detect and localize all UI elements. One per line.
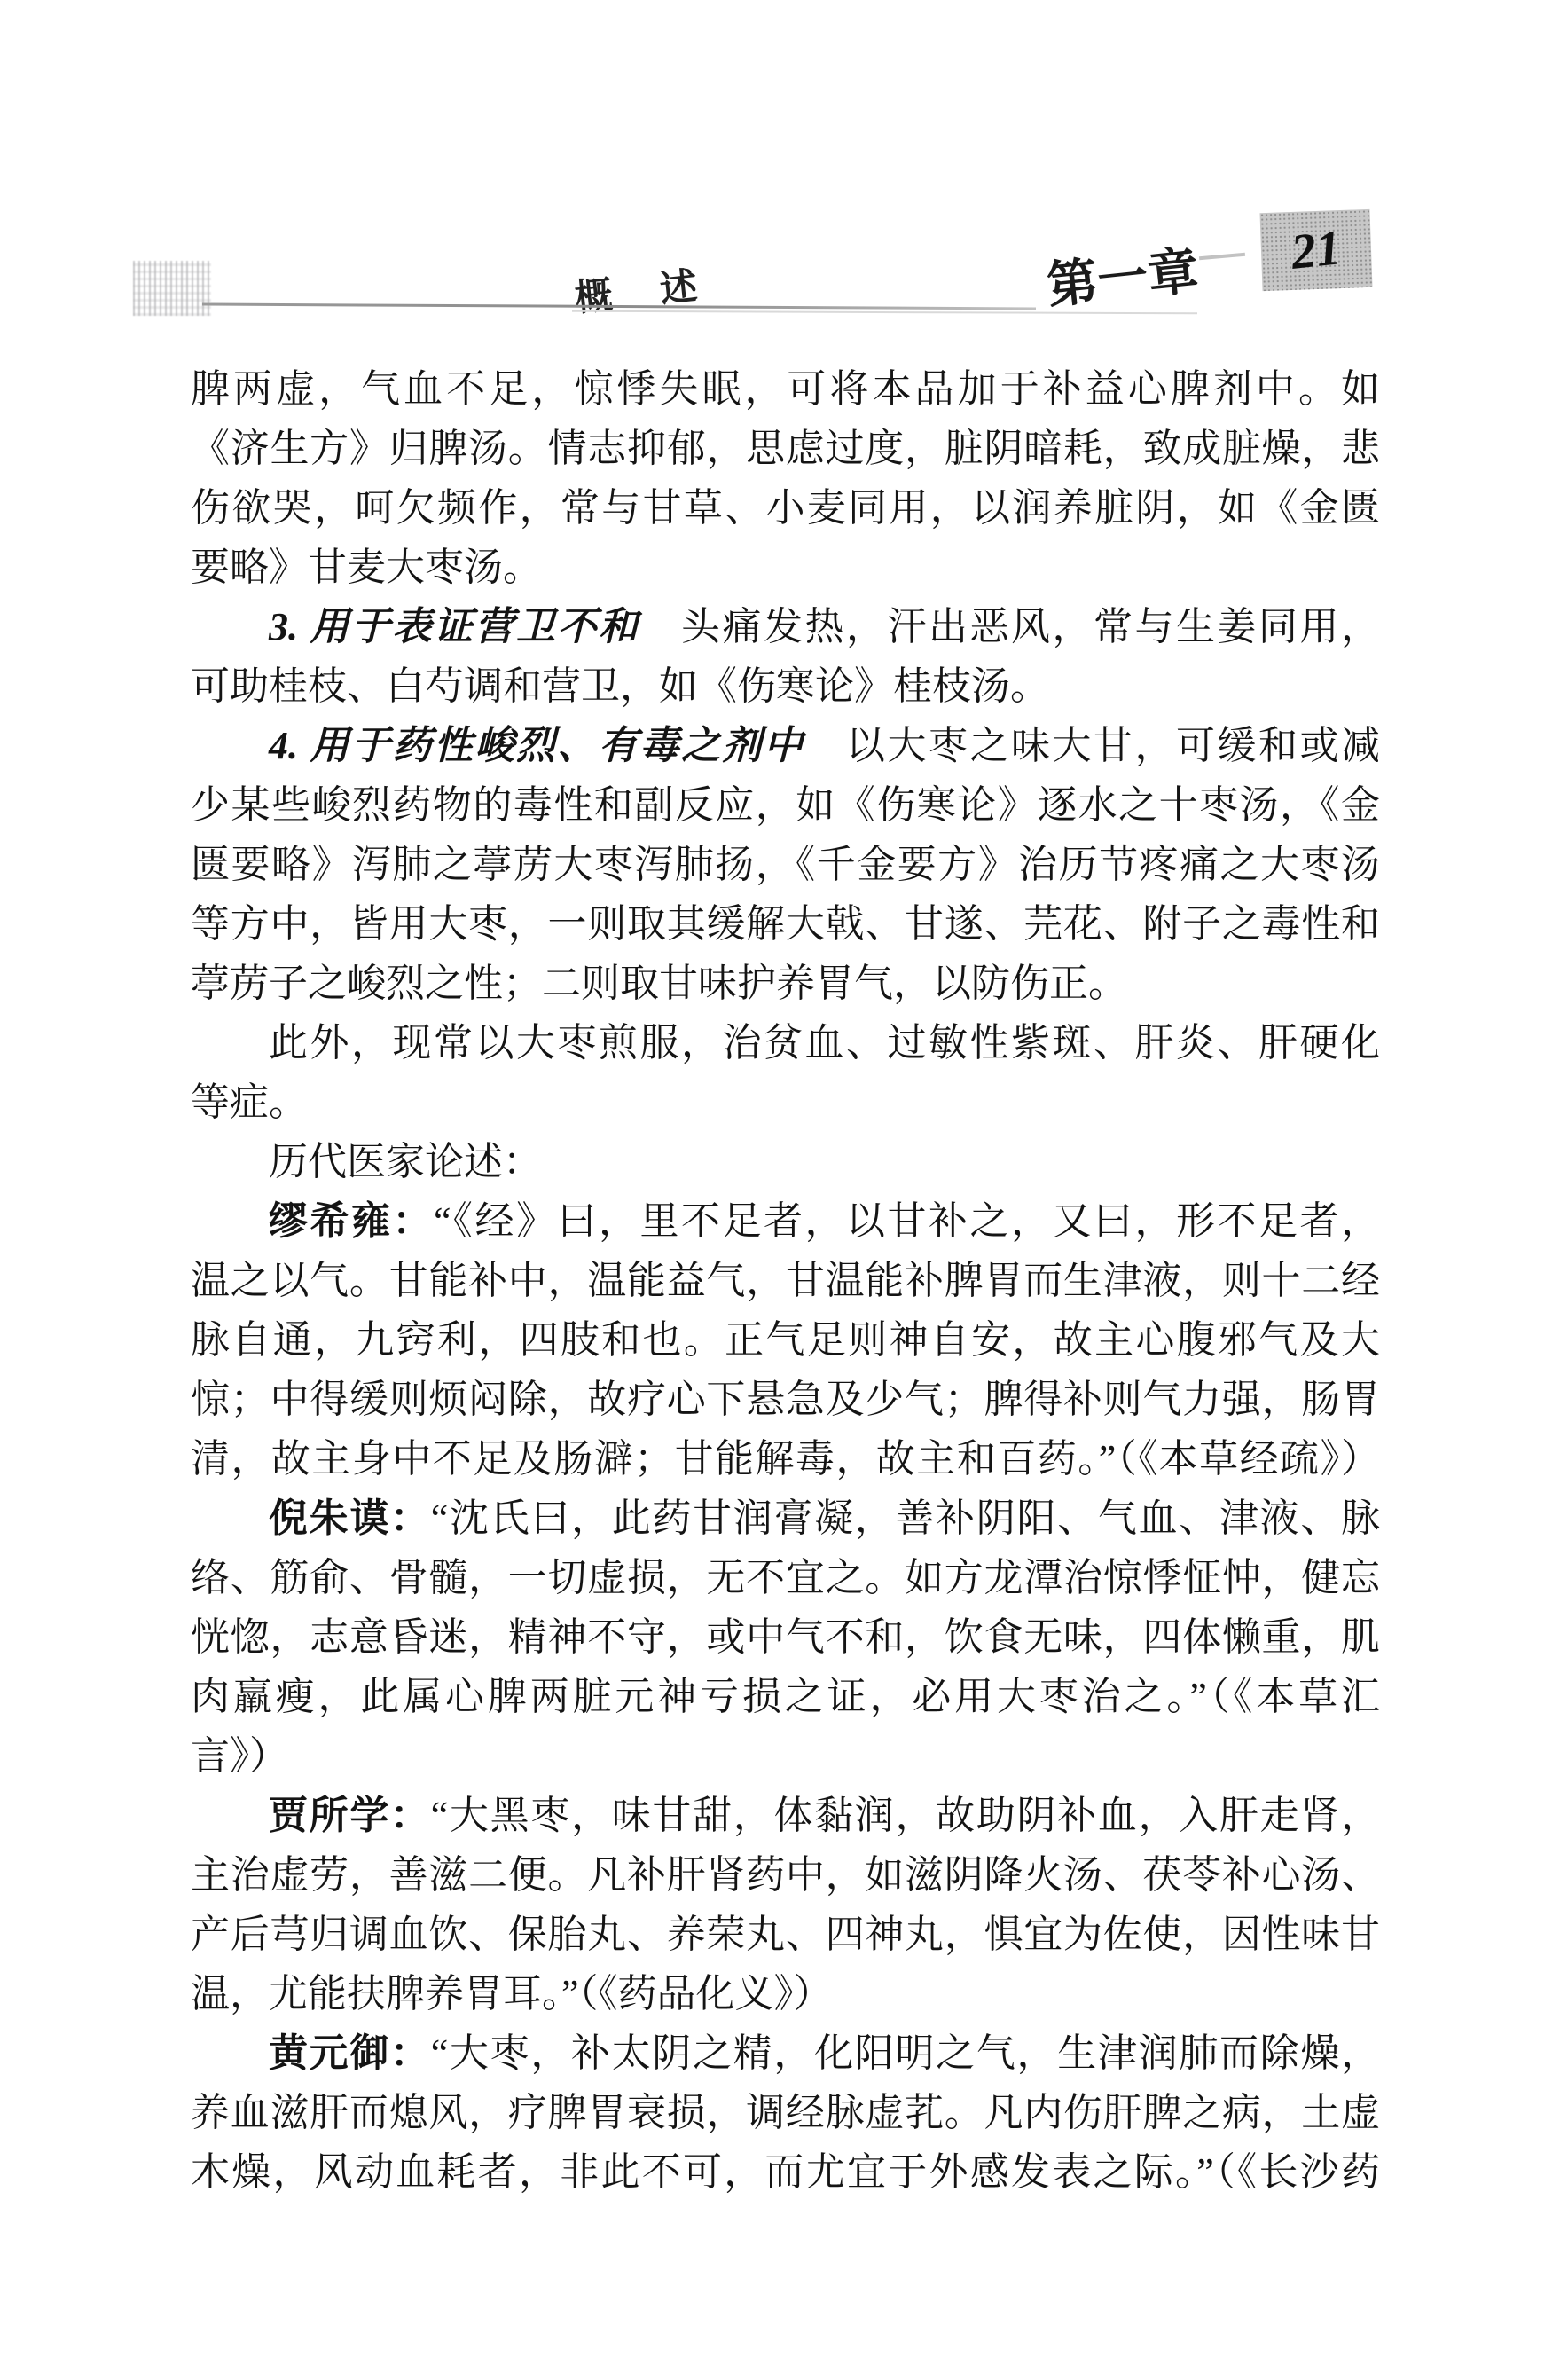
body-text: 葶苈子之峻烈之性；二则取甘味护养胃气，以防伤正。 xyxy=(191,962,1127,1005)
text-line: 养血滋肝而熄风，疗脾胃衰损，调经脉虚芤。凡内伤肝脾之病，土虚 xyxy=(191,2083,1380,2142)
body-text: 等症。 xyxy=(191,1080,308,1124)
emphasis-text: 贾所学： xyxy=(269,1794,431,1837)
body-text: 脾两虚，气血不足，惊悸失眠，可将本品加于补益心脾剂中。如 xyxy=(191,367,1380,411)
text-line: 可助桂枝、白芍调和营卫，如《伤寒论》桂枝汤。 xyxy=(191,656,1380,716)
body-text: 养血滋肝而熄风，疗脾胃衰损，调经脉虚芤。凡内伤肝脾之病，土虚 xyxy=(191,2091,1380,2134)
body-text: 惊；中得缓则烦闷除，故疗心下悬急及少气；脾得补则气力强，肠胃 xyxy=(191,1378,1380,1421)
text-line: 历代医家论述： xyxy=(191,1132,1380,1191)
text-line: 伤欲哭，呵欠频作，常与甘草、小麦同用，以润养脏阴，如《金匮 xyxy=(191,478,1380,538)
body-text: 主治虚劳，善滋二便。凡补肝肾药中，如滋阴降火汤、茯苓补心汤、 xyxy=(191,1853,1380,1897)
text-line: 此外，现常以大枣煎服，治贫血、过敏性紫斑、肝炎、肝硬化 xyxy=(191,1013,1380,1072)
body-text: 伤欲哭，呵欠频作，常与甘草、小麦同用，以润养脏阴，如《金匮 xyxy=(191,486,1380,530)
chapter-title: 第一章 xyxy=(1043,230,1202,318)
text-line: 温之以气。甘能补中，温能益气，甘温能补脾胃而生津液，则十二经 xyxy=(191,1251,1380,1310)
text-line: 恍惚，志意昏迷，精神不守，或中气不和，饮食无味，四体懒重，肌 xyxy=(191,1607,1380,1667)
body-text: 产后芎归调血饮、保胎丸、养荣丸、四神丸，惧宜为佐使，因性味甘 xyxy=(191,1913,1380,1956)
body-text: 此外，现常以大枣煎服，治贫血、过敏性紫斑、肝炎、肝硬化 xyxy=(269,1021,1380,1065)
text-line: 少某些峻烈药物的毒性和副反应，如《伤寒论》逐水之十枣汤，《金 xyxy=(191,775,1380,835)
body-text: 以大枣之味大甘，可缓和或减 xyxy=(805,724,1381,767)
text-block: 脾两虚，气血不足，惊悸失眠，可将本品加于补益心脾剂中。如《济生方》归脾汤。情志抑… xyxy=(191,359,1380,2202)
body-text: 木燥，风动血耗者，非此不可，而尤宜于外感发表之际。”（《长沙药 xyxy=(191,2150,1380,2194)
emphasis-text: 黄元御： xyxy=(269,2031,431,2075)
text-line: 肉羸瘦，此属心脾两脏元神亏损之证，必用大枣治之。”（《本草汇 xyxy=(191,1667,1380,1726)
page-number-badge: 21 xyxy=(1260,209,1373,291)
text-line: 脾两虚，气血不足，惊悸失眠，可将本品加于补益心脾剂中。如 xyxy=(191,359,1380,419)
text-line: 等方中，皆用大枣，一则取其缓解大戟、甘遂、芫花、附子之毒性和 xyxy=(191,894,1380,954)
body-text: 脉自通，九窍利，四肢和也。正气足则神自安，故主心腹邪气及大 xyxy=(191,1318,1380,1362)
text-line: 产后芎归调血饮、保胎丸、养荣丸、四神丸，惧宜为佐使，因性味甘 xyxy=(191,1905,1380,1964)
body-text: “大枣，补太阴之精，化阳明之气，生津润肺而除燥， xyxy=(431,2031,1380,2075)
emphasis-text: 3. 用于表证营卫不和 xyxy=(269,605,640,648)
body-text: 《济生方》归脾汤。情志抑郁，思虑过度，脏阴暗耗，致成脏燥，悲 xyxy=(191,427,1380,470)
text-line: 温，尤能扶脾养胃耳。”（《药品化义》） xyxy=(191,1964,1380,2023)
text-line: 贾所学：“大黑枣，味甘甜，体黏润，故助阴补血，入肝走肾， xyxy=(191,1786,1380,1845)
emphasis-text: 缪希雍： xyxy=(269,1199,434,1243)
emphasis-text: 倪朱谟： xyxy=(269,1497,431,1540)
body-text: “《经》曰，里不足者，以甘补之，又曰，形不足者， xyxy=(434,1199,1380,1243)
body-text: 温之以气。甘能补中，温能益气，甘温能补脾胃而生津液，则十二经 xyxy=(191,1259,1380,1302)
page-number: 21 xyxy=(1289,219,1344,281)
body-text: 少某些峻烈药物的毒性和副反应，如《伤寒论》逐水之十枣汤，《金 xyxy=(191,783,1380,827)
body-text: 历代医家论述： xyxy=(269,1140,542,1183)
text-line: 要略》甘麦大枣汤。 xyxy=(191,538,1380,597)
text-line: 木燥，风动血耗者，非此不可，而尤宜于外感发表之际。”（《长沙药 xyxy=(191,2142,1380,2202)
text-line: 主治虚劳，善滋二便。凡补肝肾药中，如滋阴降火汤、茯苓补心汤、 xyxy=(191,1845,1380,1905)
text-line: 脉自通，九窍利，四肢和也。正气足则神自安，故主心腹邪气及大 xyxy=(191,1310,1380,1370)
body-text: 等方中，皆用大枣，一则取其缓解大戟、甘遂、芫花、附子之毒性和 xyxy=(191,902,1380,946)
body-text: 络、筋俞、骨髓，一切虚损，无不宜之。如方龙潭治惊悸怔忡，健忘 xyxy=(191,1556,1380,1599)
body-text: 要略》甘麦大枣汤。 xyxy=(191,546,542,589)
text-line: 清，故主身中不足及肠澼；甘能解毒，故主和百药。”（《本草经疏》） xyxy=(191,1429,1380,1489)
body-text: 匮要略》泻肺之葶苈大枣泻肺扬，《千金要方》治历节疼痛之大枣汤 xyxy=(191,843,1380,886)
text-line: 《济生方》归脾汤。情志抑郁，思虑过度，脏阴暗耗，致成脏燥，悲 xyxy=(191,419,1380,478)
scan-artifact-dash xyxy=(1199,253,1245,261)
body-text: 言》） xyxy=(191,1734,288,1778)
body-text: 肉羸瘦，此属心脾两脏元神亏损之证，必用大枣治之。”（《本草汇 xyxy=(191,1675,1380,1718)
text-line: 缪希雍：“《经》曰，里不足者，以甘补之，又曰，形不足者， xyxy=(191,1191,1380,1251)
text-line: 葶苈子之峻烈之性；二则取甘味护养胃气，以防伤正。 xyxy=(191,954,1380,1013)
body-text: 温，尤能扶脾养胃耳。”（《药品化义》） xyxy=(191,1972,833,2015)
text-line: 3. 用于表证营卫不和 头痛发热，汗出恶风，常与生姜同用， xyxy=(191,597,1380,656)
text-line: 络、筋俞、骨髓，一切虚损，无不宜之。如方龙潭治惊悸怔忡，健忘 xyxy=(191,1548,1380,1607)
text-line: 言》） xyxy=(191,1726,1380,1786)
text-line: 匮要略》泻肺之葶苈大枣泻肺扬，《千金要方》治历节疼痛之大枣汤 xyxy=(191,835,1380,894)
body-text: 头痛发热，汗出恶风，常与生姜同用， xyxy=(640,605,1381,648)
body-text: 可助桂枝、白芍调和营卫，如《伤寒论》桂枝汤。 xyxy=(191,664,1049,708)
body-text: 清，故主身中不足及肠澼；甘能解毒，故主和百药。”（《本草经疏》） xyxy=(191,1437,1380,1481)
body-text: “大黑枣，味甘甜，体黏润，故助阴补血，入肝走肾， xyxy=(431,1794,1380,1837)
stamp-smudge xyxy=(133,261,211,316)
text-line: 4. 用于药性峻烈、有毒之剂中 以大枣之味大甘，可缓和或减 xyxy=(191,716,1380,775)
text-line: 倪朱谟：“沈氏曰，此药甘润膏凝，善补阴阳、气血、津液、脉 xyxy=(191,1489,1380,1548)
text-line: 黄元御：“大枣，补太阴之精，化阳明之气，生津润肺而除燥， xyxy=(191,2023,1380,2083)
text-line: 等症。 xyxy=(191,1072,1380,1132)
body-text: “沈氏曰，此药甘润膏凝，善补阴阳、气血、津液、脉 xyxy=(431,1497,1380,1540)
text-line: 惊；中得缓则烦闷除，故疗心下悬急及少气；脾得补则气力强，肠胃 xyxy=(191,1370,1380,1429)
body-text: 恍惚，志意昏迷，精神不守，或中气不和，饮食无味，四体懒重，肌 xyxy=(191,1615,1380,1659)
emphasis-text: 4. 用于药性峻烈、有毒之剂中 xyxy=(269,724,805,767)
